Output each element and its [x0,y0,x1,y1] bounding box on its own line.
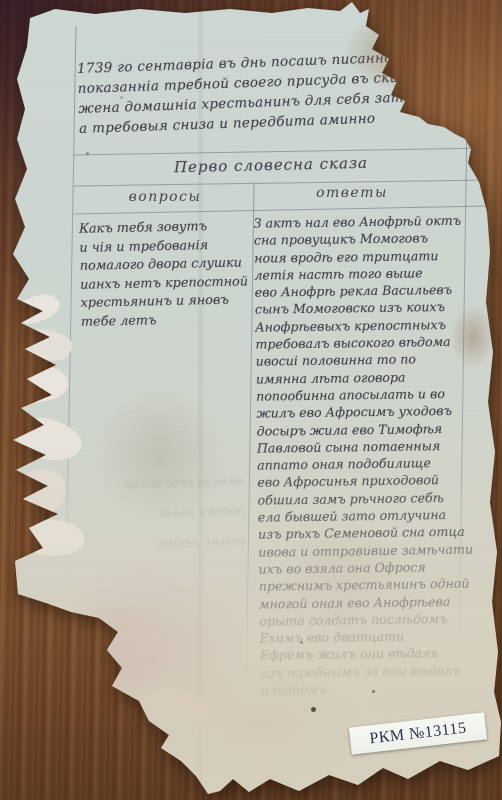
photo-scene: 1739 го сентавріа въ днь посашъ писанной… [0,0,502,800]
manuscript-content: 1739 го сентавріа въ днь посашъ писанной… [0,0,502,800]
questions-column: Какъ тебя зовутъи чія и требованіяпомало… [79,217,253,332]
answers-column: З актъ нал ево Анофрѣй октъсна провущикъ… [254,211,495,699]
manuscript-paper: 1739 го сентавріа въ днь посашъ писанной… [0,0,502,800]
question-column-header: вопросы [95,189,235,205]
section-title: Перво словесна сказа [75,152,467,179]
manuscript-line: оными людми [86,525,247,561]
header-block: 1739 го сентавріа въ днь посашъ писанной… [77,45,480,139]
manuscript-line: и потомъ [260,678,494,699]
manuscript-line: тебе летъ [81,310,253,332]
manuscript-line: хрестьянинъ и яновъ [80,291,252,313]
answer-column-header: ответы [282,185,422,201]
manuscript-line: З актъ нал ево Анофрѣй октъ [254,211,488,232]
ink-specks [0,0,3,3]
bleedthrough-text: немала себе волнопосему зналиоными людми [83,465,246,561]
paper-wrapper: 1739 го сентавріа въ днь посашъ писанной… [0,0,502,800]
